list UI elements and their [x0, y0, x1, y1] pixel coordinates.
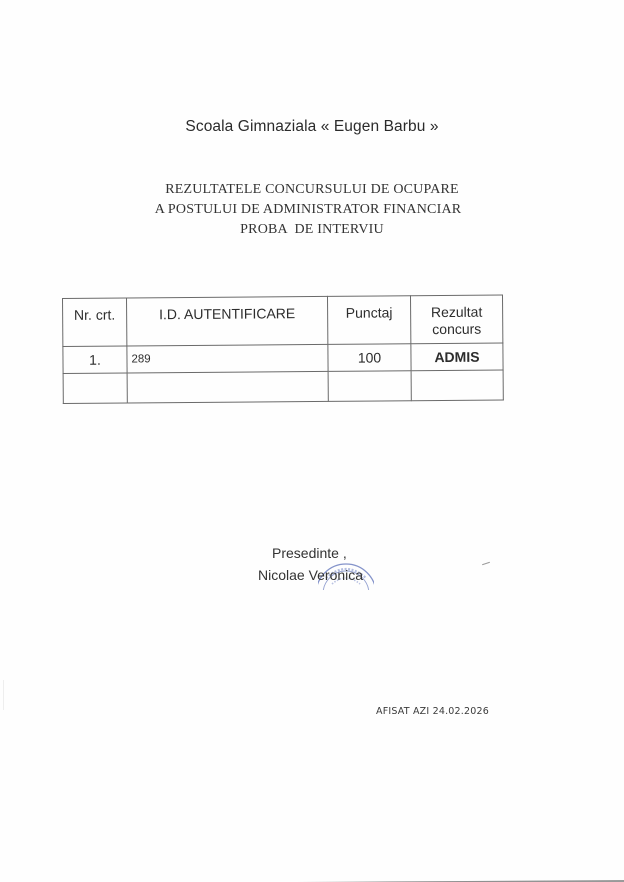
cell-punctaj: 100 [328, 344, 411, 372]
table-row [63, 370, 503, 403]
header-id-autentificare: I.D. AUTENTIFICARE [127, 296, 328, 346]
cell-nr: 1. [63, 346, 127, 374]
cell-id: 289 [127, 344, 328, 373]
table-row: 1. 289 100 ADMIS [63, 343, 503, 373]
cell-punctaj [328, 371, 411, 402]
cell-rezultat: ADMIS [411, 343, 503, 371]
table-header-row: Nr. crt. I.D. AUTENTIFICARE Punctaj Rezu… [63, 295, 503, 346]
results-table: Nr. crt. I.D. AUTENTIFICARE Punctaj Rezu… [62, 295, 504, 404]
document-page: Scoala Gimnaziala « Eugen Barbu » REZULT… [0, 0, 624, 882]
title-line-2: A POSTULUI DE ADMINISTRATOR FINANCIAR [0, 200, 624, 220]
title-line-3: PROBA DE INTERVIU [0, 220, 624, 240]
cell-nr [63, 373, 127, 404]
header-rezultat-concurs: Rezultat concurs [410, 295, 502, 344]
scan-artifact [3, 680, 4, 710]
pen-mark [482, 562, 490, 565]
document-title: REZULTATELE CONCURSULUI DE OCUPARE A POS… [0, 180, 624, 240]
header-punctaj: Punctaj [327, 296, 410, 345]
title-line-1: REZULTATELE CONCURSULUI DE OCUPARE [0, 180, 624, 200]
posted-date-notice: AFISAT AZI 24.02.2026 [376, 706, 489, 717]
school-name: Scoala Gimnaziala « Eugen Barbu » [0, 118, 624, 136]
signer-name: Nicolae Veronica [258, 567, 363, 583]
cell-id [127, 371, 328, 403]
header-nr-crt: Nr. crt. [63, 298, 127, 347]
cell-rezultat [411, 370, 503, 401]
